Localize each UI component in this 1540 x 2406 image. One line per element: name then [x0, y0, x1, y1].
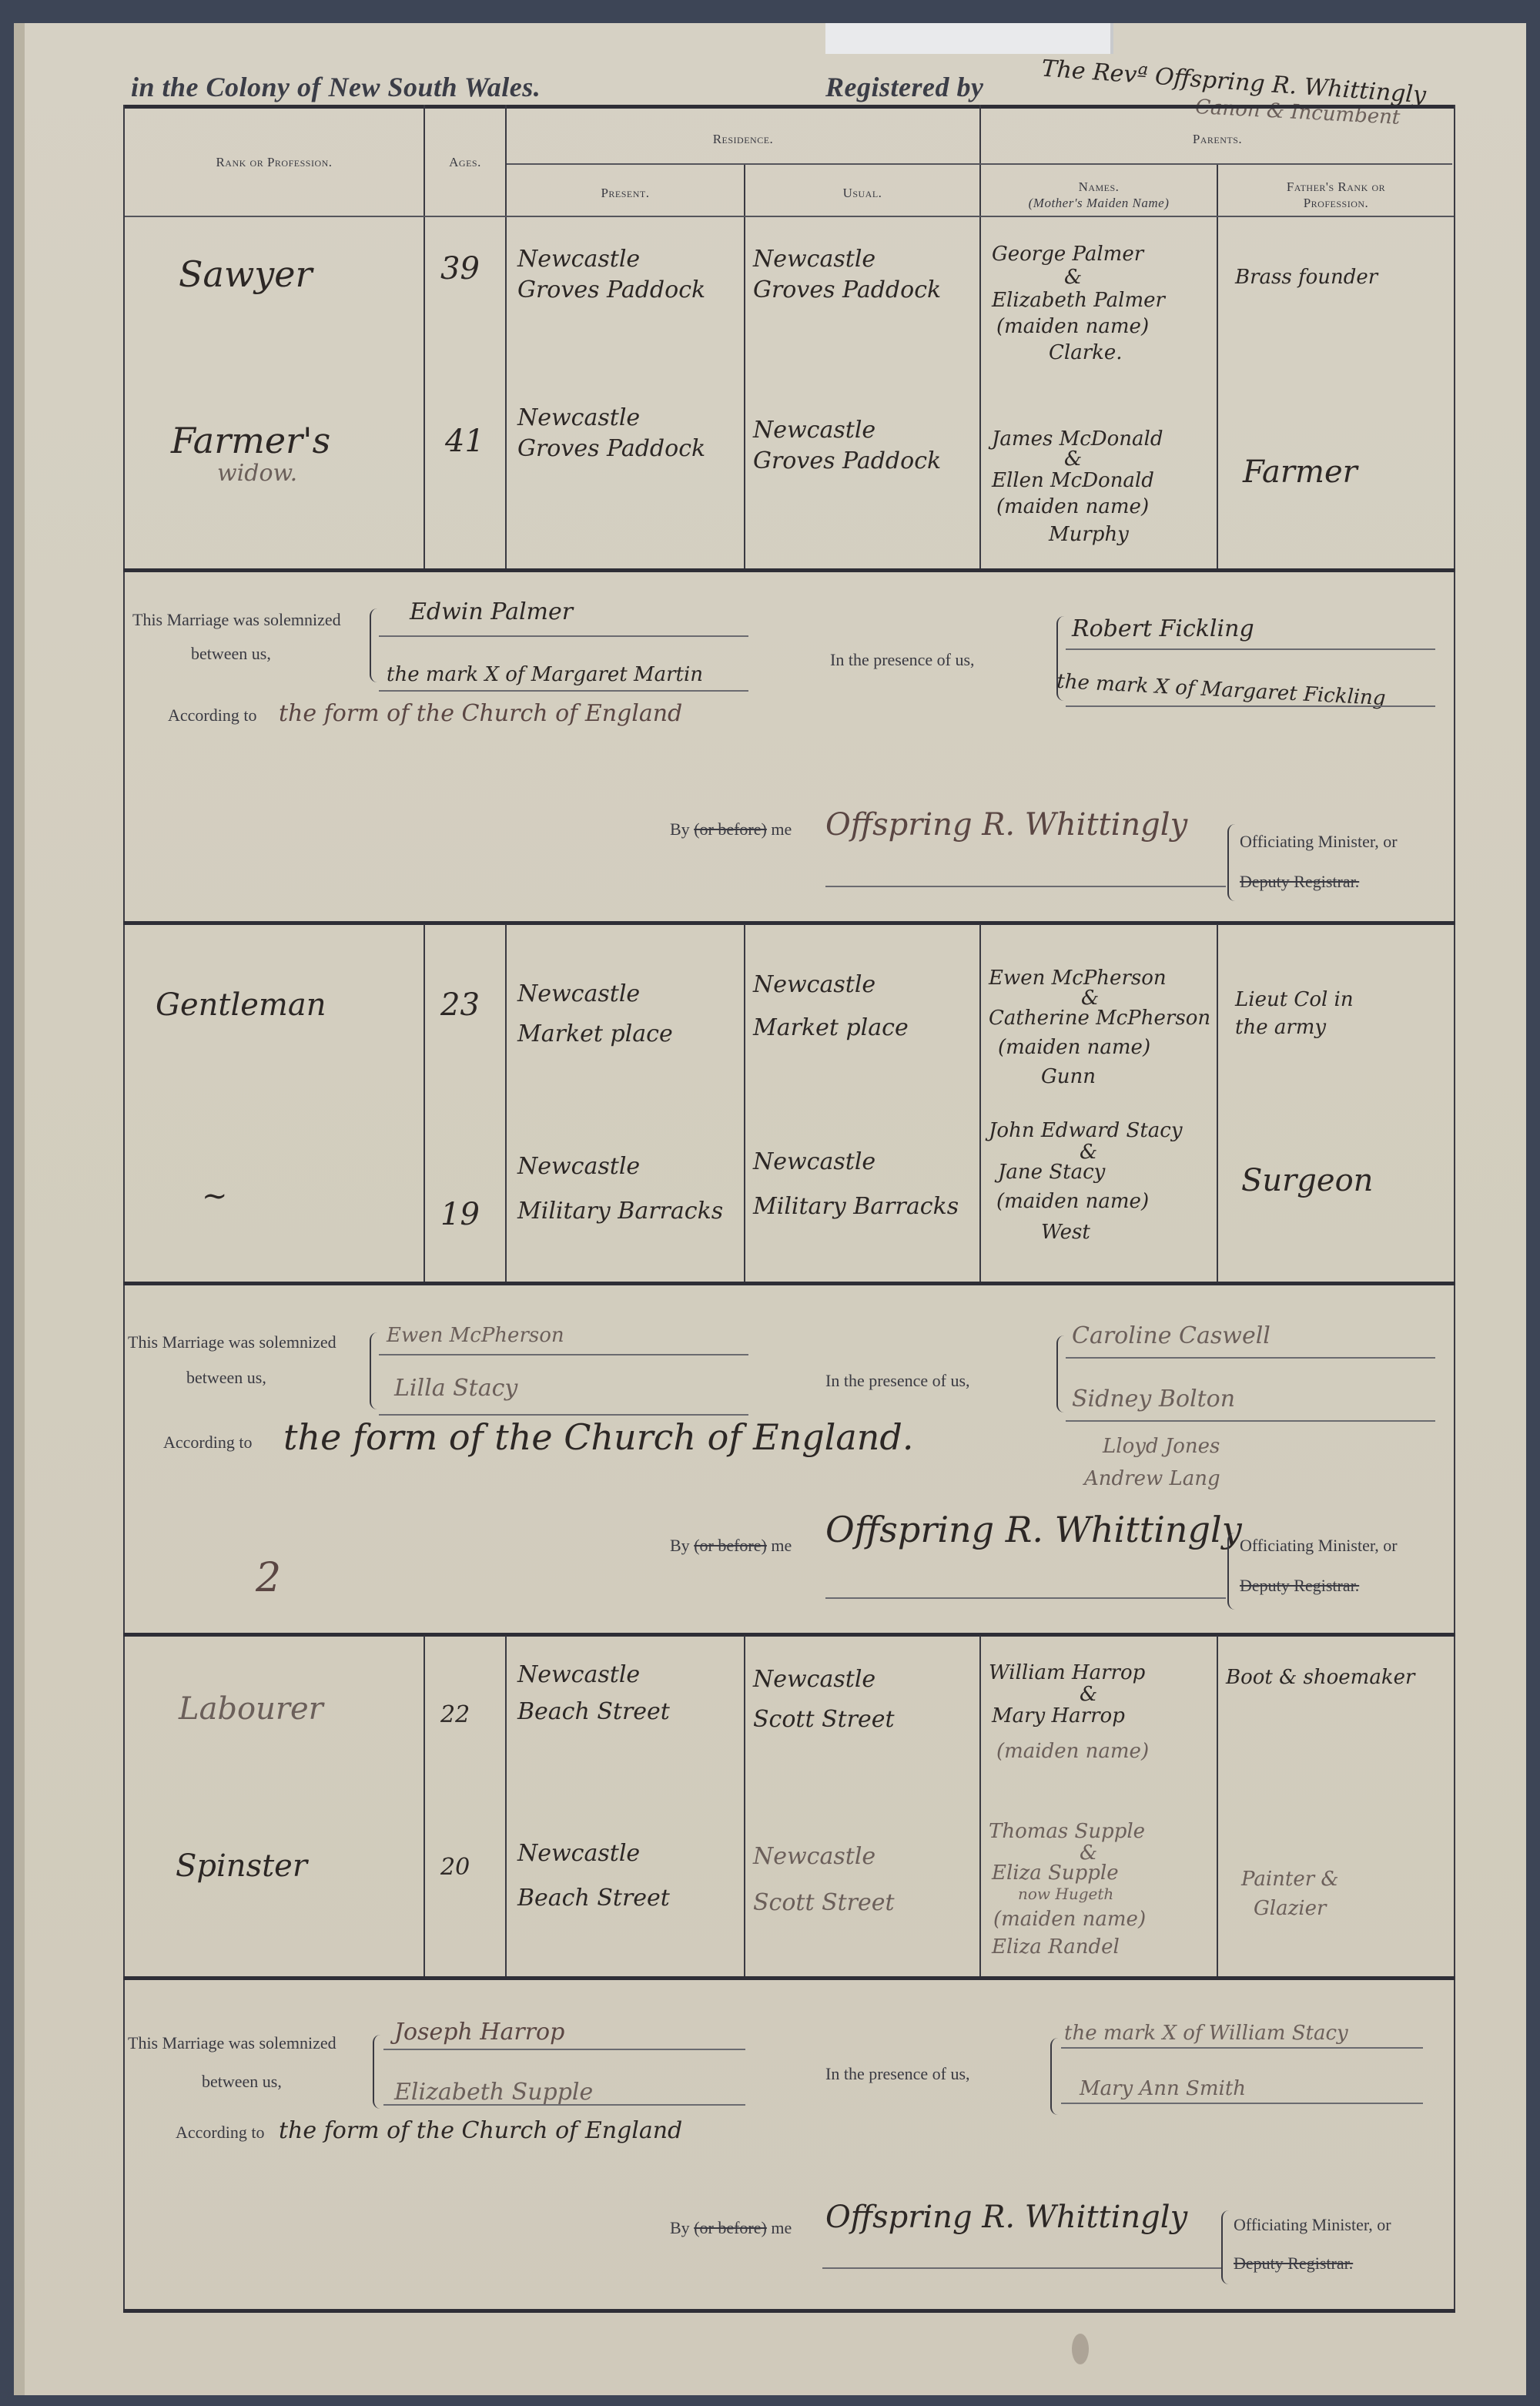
bride-usual-1: Newcastle: [753, 1844, 875, 1871]
groom-parents-4: (maiden name): [996, 316, 1149, 339]
groom-parents-3: Catherine McPherson: [989, 1007, 1210, 1030]
bride-rank: ~: [202, 1178, 228, 1214]
solemnized-label: This Marriage was solemnized: [128, 2033, 336, 2053]
groom-usual-2: Market place: [753, 1015, 909, 1042]
party-1-signature: Ewen McPherson: [387, 1325, 564, 1348]
header-ages: Ages.: [425, 154, 505, 170]
bride-usual-1: Newcastle: [753, 417, 875, 444]
bride-parents-5: West: [1041, 1221, 1090, 1245]
header-rank: Rank or Profession.: [125, 154, 423, 170]
groom-present-1: Newcastle: [517, 246, 640, 273]
presence-label: In the presence of us,: [825, 1371, 970, 1391]
bride-present-1: Newcastle: [517, 1841, 640, 1868]
presence-label: In the presence of us,: [825, 2064, 970, 2084]
header-residence: Residence.: [507, 131, 979, 147]
bride-parents-5: Murphy: [1049, 524, 1129, 547]
party-2-signature: Lilla Stacy: [394, 1376, 517, 1402]
groom-parents-1: George Palmer: [992, 243, 1143, 266]
groom-age: 23: [440, 987, 480, 1023]
by-label: By (or before) me: [670, 819, 792, 839]
witness-4-signature: Andrew Lang: [1084, 1468, 1220, 1491]
bride-rank: Spinster: [176, 1848, 307, 1884]
header-present: Present.: [507, 185, 744, 201]
groom-parents-5: Clarke.: [1049, 342, 1123, 365]
officiating-label: Officiating Minister, or: [1240, 832, 1398, 852]
groom-parents-4: (maiden name): [998, 1037, 1150, 1060]
witness-1-signature: Caroline Caswell: [1072, 1323, 1270, 1350]
groom-age: 22: [440, 1702, 470, 1729]
deputy-label: Deputy Registrar.: [1240, 872, 1359, 892]
groom-parents-2: &: [1064, 266, 1082, 290]
groom-usual-1: Newcastle: [753, 246, 875, 273]
deputy-label: Deputy Registrar.: [1234, 2254, 1353, 2274]
groom-present-1: Newcastle: [517, 981, 640, 1008]
bride-usual-2: Military Barracks: [753, 1194, 959, 1221]
bride-parents-5: (maiden name): [993, 1908, 1146, 1932]
bride-parents-3: Jane Stacy: [998, 1161, 1105, 1185]
witness-2-signature: Mary Ann Smith: [1080, 2078, 1246, 2101]
bride-present-2: Military Barracks: [517, 1198, 723, 1225]
paper-slip: [825, 23, 1113, 54]
groom-age: 39: [440, 251, 480, 287]
bride-usual-1: Newcastle: [753, 1149, 875, 1176]
groom-parents-1: Ewen McPherson: [989, 967, 1167, 990]
officiating-label: Officiating Minister, or: [1240, 1536, 1398, 1556]
groom-rank: Labourer: [179, 1691, 323, 1727]
groom-present-1: Newcastle: [517, 1662, 640, 1689]
bride-rank: Farmer's: [171, 421, 330, 461]
bride-parents-1: Thomas Supple: [989, 1821, 1145, 1844]
by-label: By (or before) me: [670, 2218, 792, 2238]
bride-present-1: Newcastle: [517, 1154, 640, 1181]
header-parents: Parents.: [981, 131, 1454, 147]
groom-parents-4: (maiden name): [996, 1741, 1149, 1764]
bride-age: 20: [440, 1855, 470, 1882]
officiating-label: Officiating Minister, or: [1234, 2215, 1391, 2235]
groom-present-2: Groves Paddock: [517, 277, 705, 304]
header-father-rank: Father's Rank orProfession.: [1218, 179, 1454, 212]
register-page: in the Colony of New South Wales. Regist…: [14, 23, 1526, 2395]
witness-1-signature: the mark X of William Stacy: [1064, 2022, 1348, 2046]
between-label: between us,: [191, 644, 271, 664]
registered-by-label: Registered by: [825, 71, 983, 103]
groom-father-rank-2: the army: [1235, 1017, 1326, 1040]
bride-age: 19: [440, 1197, 480, 1232]
header-names: Names.(Mother's Maiden Name): [981, 179, 1217, 212]
groom-parents-2: &: [1080, 1684, 1097, 1707]
according-to-value: the form of the Church of England.: [283, 1417, 913, 1458]
bride-parents-1: John Edward Stacy: [989, 1120, 1183, 1143]
ink-stain: [1072, 2334, 1089, 2364]
minister-signature: Offspring R. Whittingly: [825, 1510, 1242, 1550]
groom-parents-3: Mary Harrop: [992, 1705, 1125, 1728]
groom-father-rank: Boot & shoemaker: [1226, 1667, 1414, 1690]
between-label: between us,: [186, 1368, 266, 1388]
groom-father-rank: Lieut Col in: [1235, 989, 1354, 1012]
bride-parents-4: (maiden name): [996, 496, 1149, 519]
by-label: By (or before) me: [670, 1536, 792, 1556]
header-usual: Usual.: [745, 185, 979, 201]
bride-present-1: Newcastle: [517, 405, 640, 432]
between-label: between us,: [202, 2072, 282, 2092]
bride-parents-3: Ellen McDonald: [992, 470, 1154, 493]
bride-father-rank-2: Glazier: [1254, 1898, 1326, 1921]
bride-parents-2: &: [1064, 448, 1082, 471]
party-1-signature: Joseph Harrop: [394, 2019, 564, 2046]
according-to-value: the form of the Church of England: [279, 2118, 682, 2145]
according-label: According to: [163, 1433, 252, 1453]
groom-usual-2: Scott Street: [753, 1707, 895, 1734]
party-2-signature: the mark X of Margaret Martin: [387, 664, 703, 687]
presence-label: In the presence of us,: [830, 650, 975, 670]
page-title: in the Colony of New South Wales.: [131, 71, 541, 103]
groom-rank: Sawyer: [179, 254, 313, 295]
bride-father-rank: Painter &: [1241, 1868, 1339, 1892]
bride-parents-4: (maiden name): [996, 1191, 1149, 1214]
minister-signature: Offspring R. Whittingly: [825, 2200, 1187, 2235]
margin-mark: 2: [256, 1556, 281, 1602]
groom-rank: Gentleman: [156, 987, 326, 1023]
bride-parents-6: Eliza Randel: [992, 1936, 1120, 1959]
groom-parents-1: William Harrop: [989, 1662, 1145, 1685]
deputy-label: Deputy Registrar.: [1240, 1576, 1359, 1596]
solemnized-label: This Marriage was solemnized: [128, 1332, 336, 1352]
bride-rank-2: widow.: [217, 461, 297, 488]
bride-father-rank: Surgeon: [1241, 1163, 1373, 1198]
bride-father-rank: Farmer: [1243, 454, 1358, 490]
witness-1-signature: Robert Fickling: [1072, 616, 1254, 643]
groom-usual-1: Newcastle: [753, 972, 875, 999]
according-label: According to: [176, 2123, 264, 2143]
bride-present-2: Beach Street: [517, 1885, 670, 1912]
groom-usual-2: Groves Paddock: [753, 277, 941, 304]
witness-3-signature: Lloyd Jones: [1103, 1436, 1220, 1459]
groom-parents-5: Gunn: [1041, 1066, 1096, 1089]
bride-parents-3: Eliza Supple: [992, 1862, 1119, 1885]
bride-usual-2: Scott Street: [753, 1890, 895, 1917]
bride-age: 41: [445, 424, 484, 459]
bride-usual-2: Groves Paddock: [753, 448, 941, 475]
party-1-signature: Edwin Palmer: [410, 599, 573, 626]
party-2-signature: Elizabeth Supple: [394, 2079, 593, 2106]
groom-present-2: Market place: [517, 1021, 673, 1048]
bride-parents-4: now Hugeth: [1018, 1885, 1113, 1903]
minister-signature: Offspring R. Whittingly: [825, 807, 1187, 843]
bride-present-2: Groves Paddock: [517, 436, 705, 463]
according-label: According to: [168, 705, 256, 725]
witness-2-signature: Sidney Bolton: [1072, 1386, 1235, 1413]
solemnized-label: This Marriage was solemnized: [132, 610, 341, 630]
according-to-value: the form of the Church of England: [279, 701, 682, 728]
groom-usual-1: Newcastle: [753, 1667, 875, 1694]
groom-parents-3: Elizabeth Palmer: [992, 290, 1165, 313]
groom-father-rank: Brass founder: [1235, 266, 1378, 290]
groom-present-2: Beach Street: [517, 1699, 670, 1726]
